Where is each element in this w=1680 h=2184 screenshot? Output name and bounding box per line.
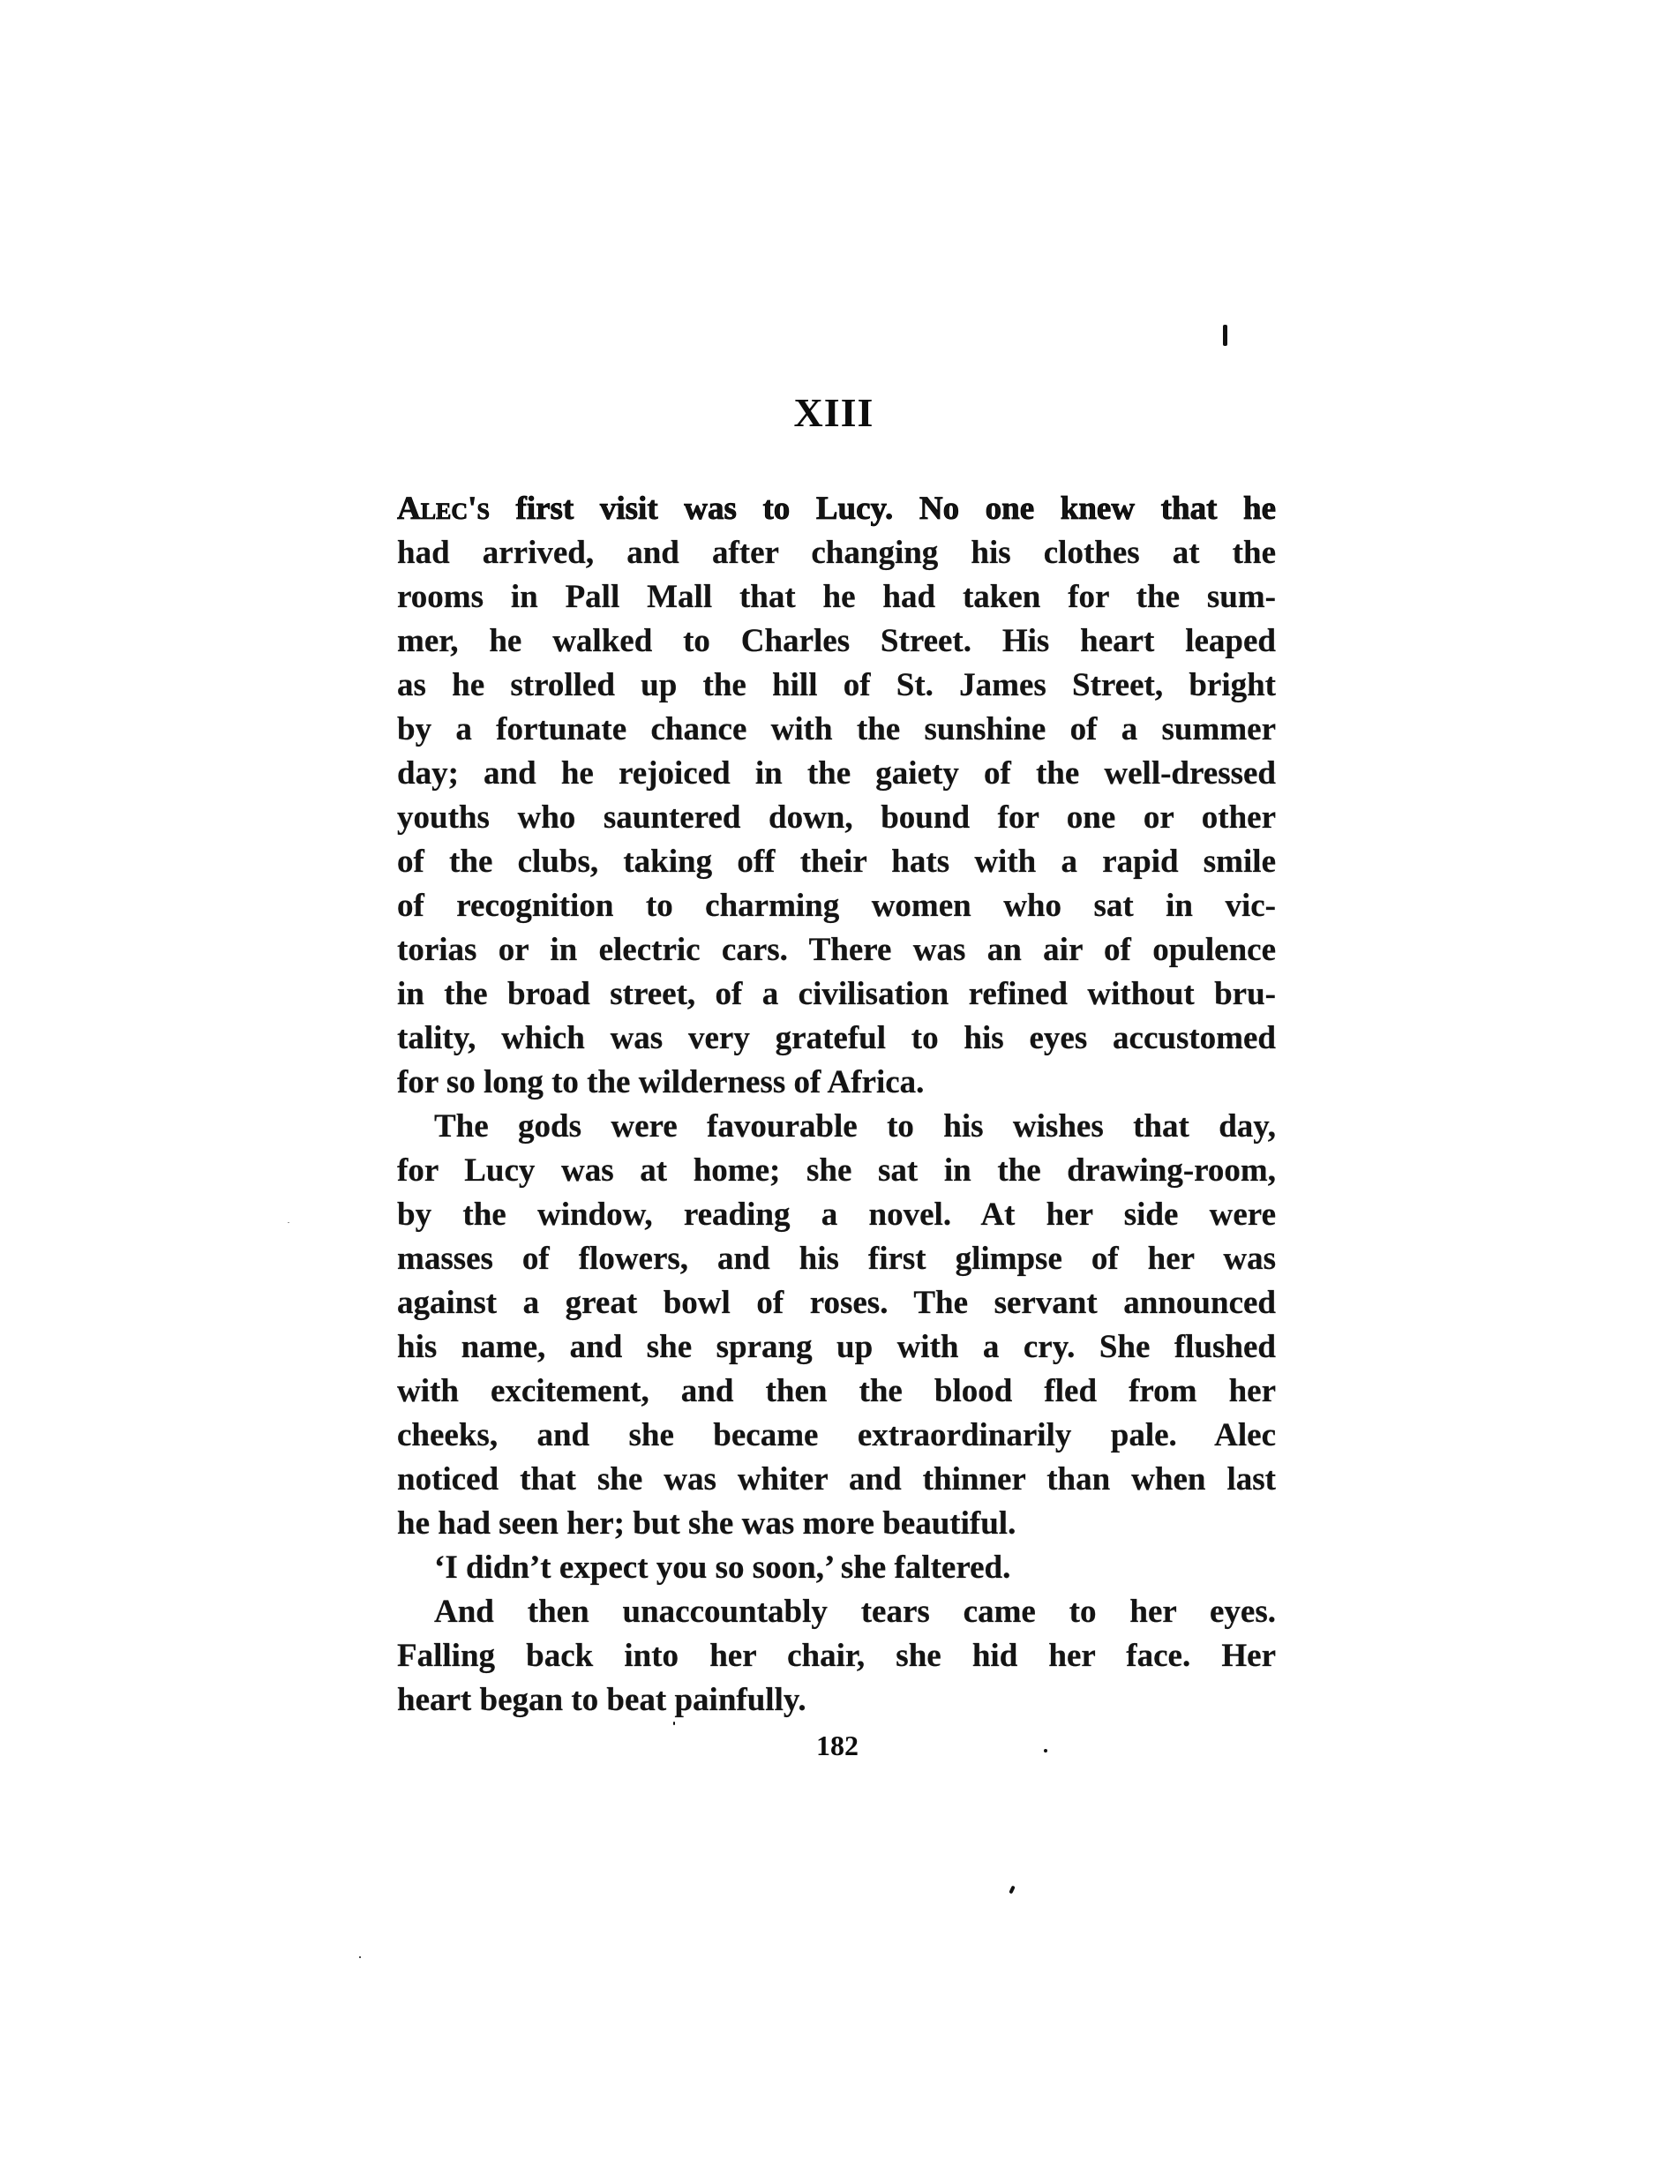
text-line: Falling back into her chair, she hid her… bbox=[397, 1634, 1276, 1678]
ink-speck bbox=[673, 1722, 675, 1725]
text-line: rooms in Pall Mall that he had taken for… bbox=[397, 575, 1276, 619]
ink-speck bbox=[288, 1222, 289, 1223]
text-line: as he strolled up the hill of St. James … bbox=[397, 664, 1276, 708]
text-line: day; and he rejoiced in the gaiety of th… bbox=[397, 752, 1276, 796]
text-line: noticed that she was whiter and thinner … bbox=[397, 1458, 1276, 1502]
text-line: had arrived, and after changing his clot… bbox=[397, 531, 1276, 575]
text-line: of recognition to charming women who sat… bbox=[397, 884, 1276, 928]
ink-speck bbox=[1223, 325, 1227, 346]
ink-speck bbox=[359, 1956, 361, 1958]
text-line: of the clubs, taking off their hats with… bbox=[397, 840, 1276, 884]
text-line: his name, and she sprang up with a cry. … bbox=[397, 1325, 1276, 1370]
text-line: cheeks, and she became extraordinarily p… bbox=[397, 1414, 1276, 1458]
text-line: And then unaccountably tears came to her… bbox=[397, 1590, 1276, 1634]
dialogue-line: ‘I didn’t expect you so soon,’ she falte… bbox=[397, 1546, 1276, 1590]
text-line: by the window, reading a novel. At her s… bbox=[397, 1193, 1276, 1237]
chapter-title: XIII bbox=[0, 388, 1668, 438]
text-line: he had seen her; but she was more beauti… bbox=[397, 1502, 1276, 1546]
text-line: by a fortunate chance with the sunshine … bbox=[397, 708, 1276, 752]
text-line: for Lucy was at home; she sat in the dra… bbox=[397, 1149, 1276, 1193]
page-number: 182 bbox=[0, 1728, 1675, 1763]
ink-speck bbox=[1009, 1886, 1015, 1895]
text-line: tality, which was very grateful to his e… bbox=[397, 1017, 1276, 1061]
book-page: XIII Alec's first visit was to Lucy. No … bbox=[0, 0, 1680, 2184]
chapter-opening-word: Alec's bbox=[397, 491, 490, 527]
text-line: masses of flowers, and his first glimpse… bbox=[397, 1237, 1276, 1281]
body-text: Alec's first visit was to Lucy. No one k… bbox=[397, 487, 1276, 1722]
text-line: with excitement, and then the blood fled… bbox=[397, 1370, 1276, 1414]
text-line: The gods were favourable to his wishes t… bbox=[397, 1105, 1276, 1149]
text-line: heart began to beat painfully. bbox=[397, 1678, 1276, 1722]
text-line: mer, he walked to Charles Street. His he… bbox=[397, 619, 1276, 664]
text-line: against a great bowl of roses. The serva… bbox=[397, 1281, 1276, 1325]
text-line: torias or in electric cars. There was an… bbox=[397, 928, 1276, 972]
text-line: youths who sauntered down, bound for one… bbox=[397, 796, 1276, 840]
text-line: in the broad street, of a civilisation r… bbox=[397, 972, 1276, 1017]
text-line: Alec's first visit was to Lucy. No one k… bbox=[397, 487, 1276, 531]
ink-speck bbox=[1044, 1749, 1047, 1752]
text-line: for so long to the wilderness of Africa. bbox=[397, 1061, 1276, 1105]
